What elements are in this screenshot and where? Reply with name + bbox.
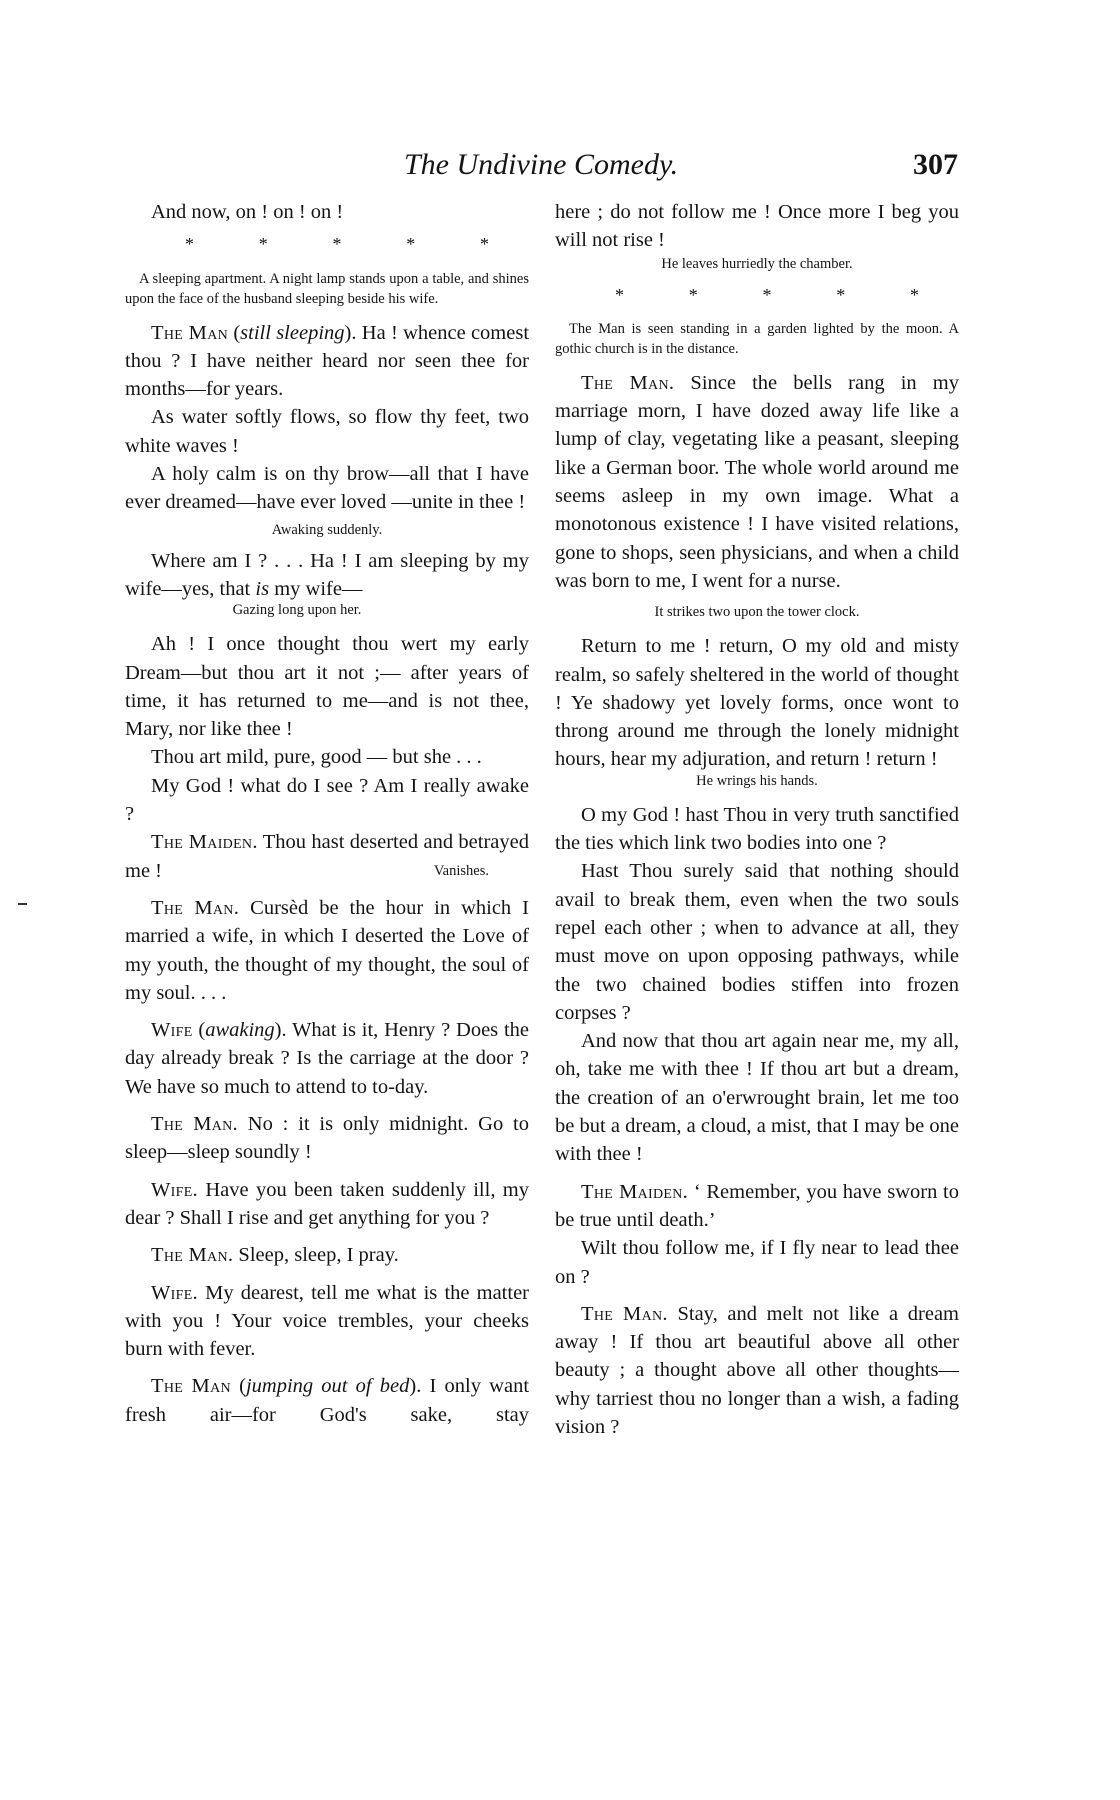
speaker-name: The Maiden. — [581, 1181, 688, 1203]
stage-direction: It strikes two upon the tower clock. — [555, 601, 959, 623]
paragraph: Return to me ! return, O my old and mist… — [555, 632, 959, 773]
speaker-name: The Man. — [151, 897, 239, 919]
paragraph: And now, on ! on ! on ! — [125, 198, 529, 226]
star: * — [480, 230, 489, 258]
paragraph: Wilt thou follow me, if I fly near to le… — [555, 1234, 959, 1291]
speaker-name: The Man. — [151, 1113, 238, 1135]
speech: The Maiden. Thou hast deserted and betra… — [125, 828, 529, 885]
speech: The Man. Stay, and melt not like a dream… — [555, 1300, 959, 1441]
star: * — [185, 230, 194, 258]
paragraph: Where am I ? . . . Ha ! I am sleeping by… — [125, 547, 529, 604]
aside: still sleeping — [240, 322, 344, 344]
stage-direction: He leaves hurriedly the chamber. — [555, 253, 959, 275]
speech: Wife (awaking). What is it, Henry ? Does… — [125, 1016, 529, 1101]
star: * — [615, 281, 624, 309]
star: * — [406, 230, 415, 258]
speech: Wife. My dearest, tell me what is the ma… — [125, 1279, 529, 1364]
paragraph: My God ! what do I see ? Am I really awa… — [125, 772, 529, 829]
aside: jumping out of bed — [246, 1375, 409, 1397]
stage-direction: A sleeping apartment. A night lamp stand… — [125, 269, 529, 309]
star: * — [689, 281, 698, 309]
text: my wife— — [269, 578, 362, 600]
paragraph: Thou art mild, pure, good — but she . . … — [125, 743, 529, 771]
speaker-name: The Maiden. — [151, 831, 258, 853]
star: * — [763, 281, 772, 309]
speaker-name: Wife. — [151, 1179, 198, 1201]
speaker-name: The Man. — [581, 372, 674, 394]
paragraph: And now that thou art again near me, my … — [555, 1027, 959, 1168]
star: * — [836, 281, 845, 309]
aside: awaking — [205, 1019, 274, 1041]
paragraph: here ; do not follow me ! Once more I be… — [555, 198, 959, 255]
scene-break-stars: * * * * * — [125, 230, 529, 258]
scene-break-stars: * * * * * — [555, 281, 959, 309]
star: * — [910, 281, 919, 309]
stage-direction: Vanishes. — [408, 857, 489, 885]
speaker-name: The Man. — [151, 1244, 233, 1266]
speech: The Man (still sleeping). Ha ! whence co… — [125, 319, 529, 404]
page-number: 307 — [913, 148, 958, 182]
speech: The Man. No : it is only midnight. Go to… — [125, 1110, 529, 1167]
speech: The Maiden. ‘ Remember, you have sworn t… — [555, 1178, 959, 1235]
star: * — [333, 230, 342, 258]
speaker-name: The Man. — [581, 1303, 668, 1325]
paragraph: O my God ! hast Thou in very truth sanct… — [555, 801, 959, 858]
paragraph: Hast Thou surely said that nothing shoul… — [555, 857, 959, 1027]
speaker-name: The Man — [151, 1375, 231, 1397]
paragraph: A holy calm is on thy brow—all that I ha… — [125, 460, 529, 517]
speech: Wife. Have you been taken suddenly ill, … — [125, 1176, 529, 1233]
right-column: here ; do not follow me ! Once more I be… — [555, 198, 959, 1441]
speaker-name: Wife — [151, 1019, 193, 1041]
paragraph: As water softly flows, so flow thy feet,… — [125, 403, 529, 460]
speaker-name: The Man — [151, 322, 228, 344]
speech-text: Since the bells rang in my marriage morn… — [555, 372, 959, 592]
left-column: And now, on ! on ! on ! * * * * * A slee… — [125, 198, 529, 1429]
running-title: The Undivine Comedy. — [404, 148, 678, 182]
paragraph: Ah ! I once thought thou wert my early D… — [125, 630, 529, 743]
speech: The Man. Since the bells rang in my marr… — [555, 369, 959, 595]
speech: The Man (jumping out of bed). I only wan… — [125, 1372, 529, 1429]
star: * — [259, 230, 268, 258]
emphasis: is — [255, 578, 269, 600]
running-header: The Undivine Comedy. 307 — [125, 148, 958, 188]
speech: The Man. Sleep, sleep, I pray. — [125, 1241, 529, 1269]
speech: The Man. Cursèd be the hour in which I m… — [125, 894, 529, 1007]
stage-direction: The Man is seen standing in a garden lig… — [555, 319, 959, 359]
speaker-name: Wife. — [151, 1282, 198, 1304]
stage-direction: Awaking suddenly. — [125, 519, 529, 541]
speech-text: Sleep, sleep, I pray. — [233, 1244, 398, 1266]
margin-mark — [18, 903, 27, 905]
